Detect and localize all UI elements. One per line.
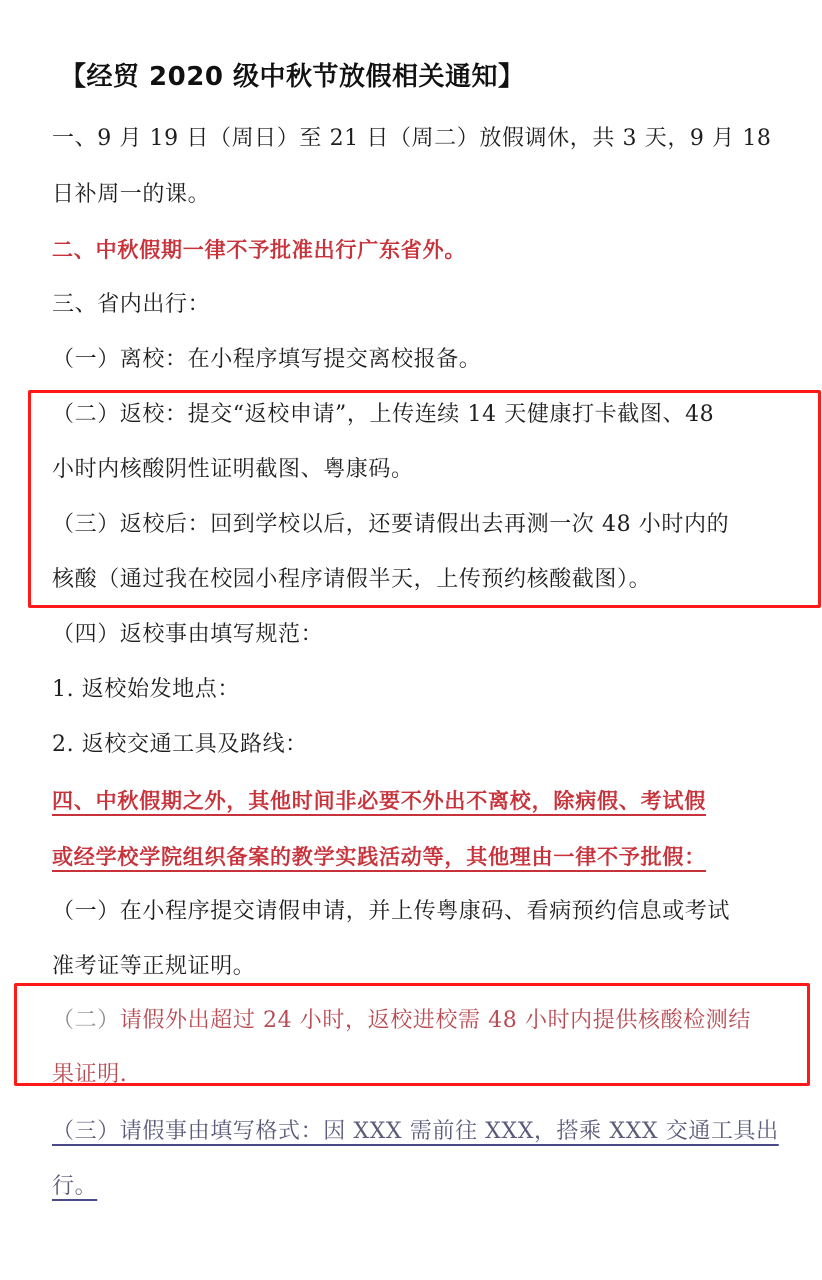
section-3-item-4-sub-1: 1. 返校始发地点： [52,675,240,705]
section-1-line-1: 一、9 月 19 日（周日）至 21 日（周二）放假调休，共 3 天，9 月 1… [52,124,772,154]
notice-title: 【经贸 2020 级中秋节放假相关通知】 [60,62,524,92]
section-4-item-1-line-1: （一）在小程序提交请假申请，并上传粤康码、看病预约信息或考试 [52,897,730,927]
section-4-item-3-line-1: （三）请假事由填写格式：因 XXX 需前往 XXX，搭乘 XXX 交通工具出 [52,1117,779,1147]
highlight-box-return-requirements [28,390,821,608]
section-1-line-2: 日补周一的课。 [52,180,210,210]
section-3-item-1: （一）离校：在小程序填写提交离校报备。 [52,345,481,375]
highlight-box-leave-over-24h [14,983,810,1086]
section-4-line-2: 或经学校学院组织备案的教学实践活动等，其他理由一律不予批假： [52,842,706,872]
section-3-item-4: （四）返校事由填写规范： [52,620,323,650]
section-4-item-1-line-2: 准考证等正规证明。 [52,952,255,982]
section-3-heading: 三、省内出行： [52,290,210,320]
section-4-line-1: 四、中秋假期之外，其他时间非必要不外出不离校，除病假、考试假 [52,786,706,816]
section-3-item-4-sub-2: 2. 返校交通工具及路线： [52,730,308,760]
notice-document: 【经贸 2020 级中秋节放假相关通知】 一、9 月 19 日（周日）至 21 … [0,0,822,1280]
section-4-item-3-line-2: 行。 [52,1172,97,1202]
section-2-line: 二、中秋假期一律不予批准出行广东省外。 [52,235,466,265]
